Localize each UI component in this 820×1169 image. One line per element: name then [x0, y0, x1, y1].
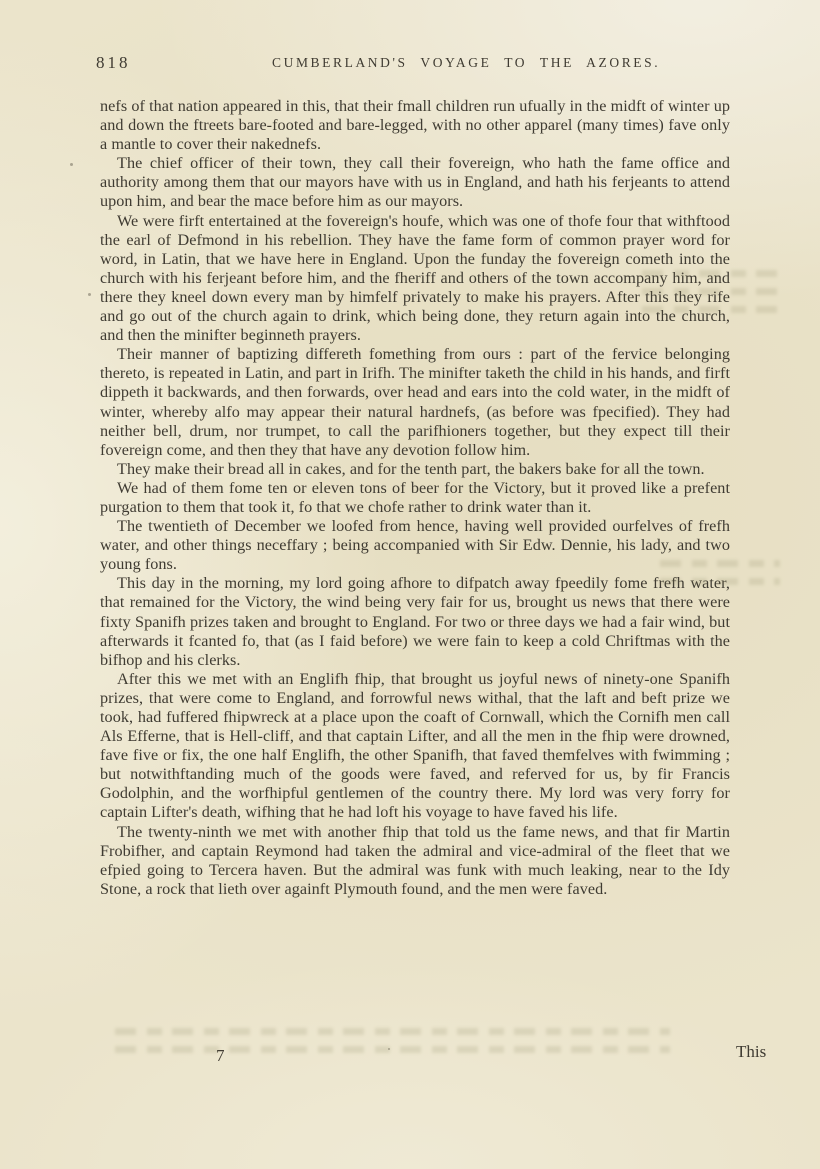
- body-text-block: nefs of that nation appeared in this, th…: [100, 97, 730, 899]
- body-paragraph: The twenty-ninth we met with another fhi…: [100, 823, 730, 899]
- ink-speck: [262, 542, 264, 544]
- ink-speck: [88, 293, 91, 296]
- body-paragraph: Their manner of baptizing differeth fome…: [100, 345, 730, 460]
- body-paragraph: We had of them fome ten or eleven tons o…: [100, 479, 730, 517]
- body-paragraph: The chief officer of their town, they ca…: [100, 154, 730, 211]
- body-paragraph: After this we met with an Englifh fhip, …: [100, 670, 730, 823]
- book-page-scan: 818 CUMBERLAND'S VOYAGE TO THE AZORES. n…: [0, 0, 820, 1169]
- signature-mark: 7: [216, 1046, 225, 1066]
- body-paragraph: The twentieth of December we loofed from…: [100, 517, 730, 574]
- ink-speck: [70, 163, 73, 166]
- body-paragraph: This day in the morning, my lord going a…: [100, 574, 730, 669]
- body-paragraph: nefs of that nation appeared in this, th…: [100, 97, 730, 154]
- page-number: 818: [96, 53, 131, 73]
- catchword: This: [736, 1042, 766, 1062]
- body-paragraph: We were firft entertained at the foverei…: [100, 212, 730, 346]
- showthrough-artifact: [115, 1028, 670, 1064]
- running-header-title: CUMBERLAND'S VOYAGE TO THE AZORES.: [272, 55, 658, 71]
- ink-speck: [388, 1048, 390, 1050]
- body-paragraph: They make their bread all in cakes, and …: [100, 460, 730, 479]
- running-header: 818 CUMBERLAND'S VOYAGE TO THE AZORES.: [0, 52, 820, 76]
